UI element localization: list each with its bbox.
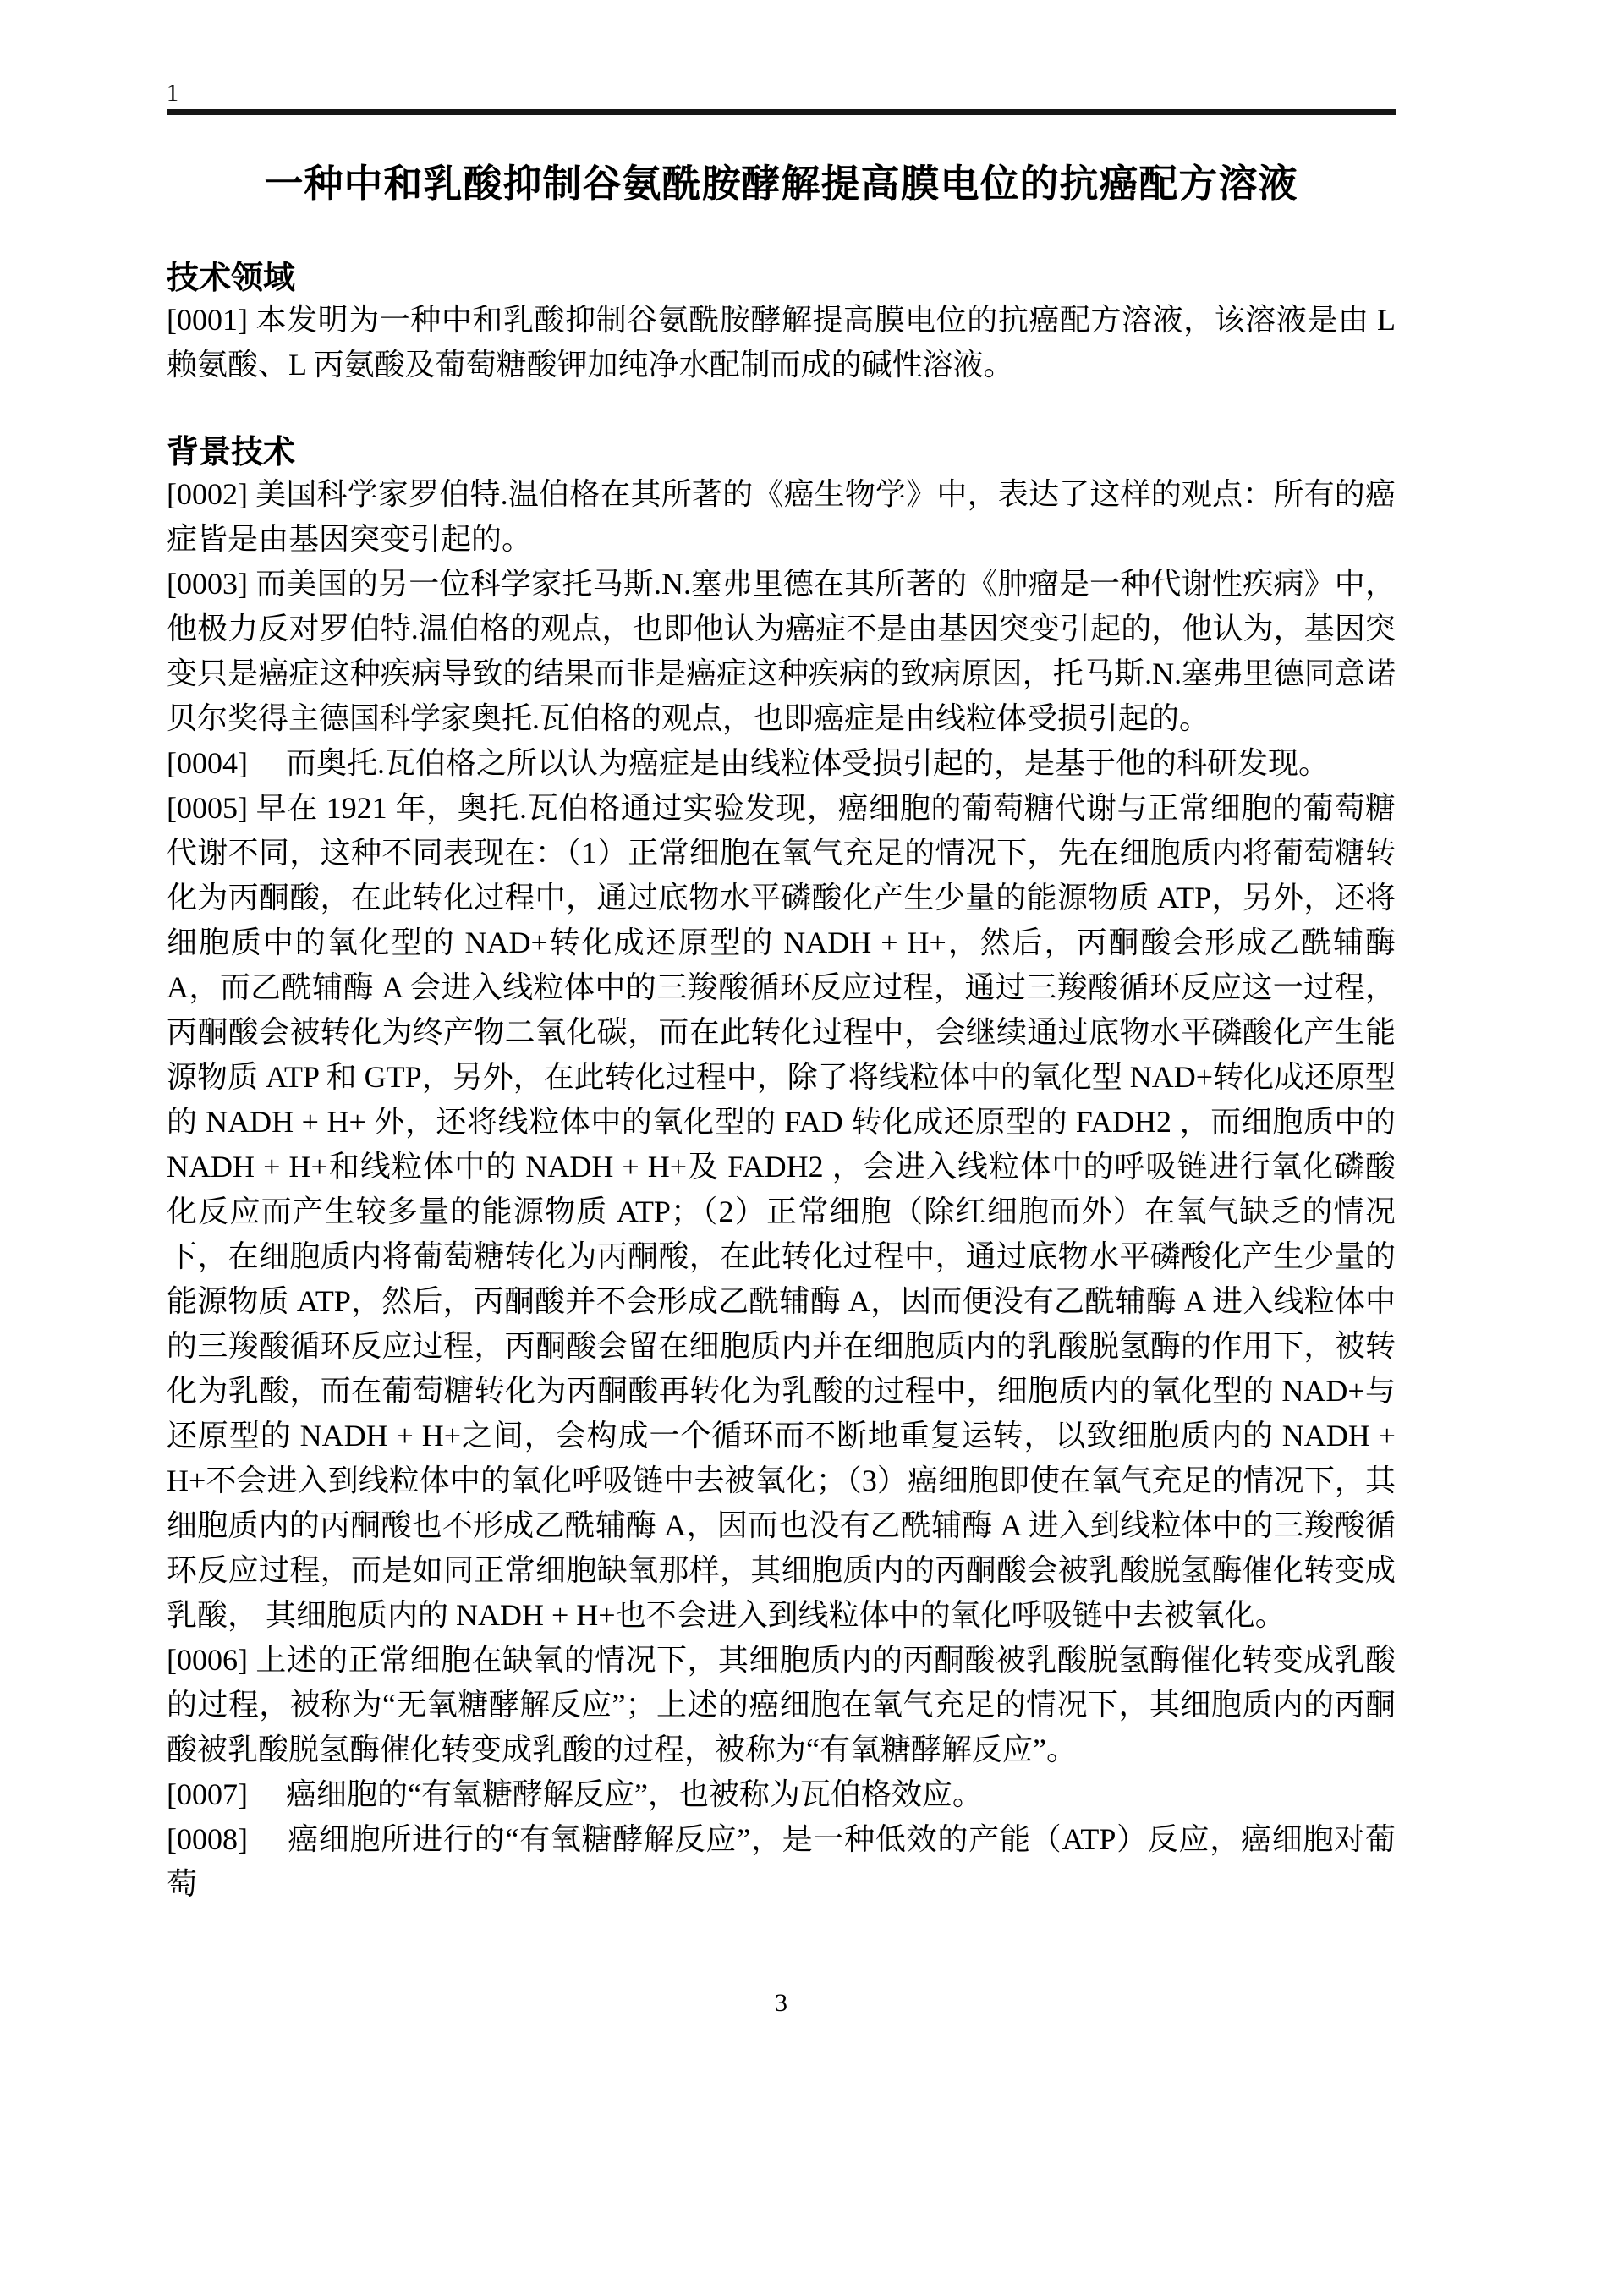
paragraph-0003: [0003] 而美国的另一位科学家托马斯.N.塞弗里德在其所著的《肿瘤是一种代谢… — [167, 562, 1396, 741]
page-content-column: 1 一种中和乳酸抑制谷氨酰胺酵解提高膜电位的抗癌配方溶液 技术领域 [0001]… — [167, 0, 1396, 1907]
paragraph-0006: [0006] 上述的正常细胞在缺氧的情况下，其细胞质内的丙酮酸被乳酸脱氢酶催化转… — [167, 1638, 1396, 1772]
sheet-number-top: 1 — [167, 0, 1396, 108]
patent-document-page: 1 一种中和乳酸抑制谷氨酰胺酵解提高膜电位的抗癌配方溶液 技术领域 [0001]… — [0, 0, 1624, 2296]
header-rule — [167, 109, 1396, 115]
paragraph-0002: [0002] 美国科学家罗伯特.温伯格在其所著的《癌生物学》中，表达了这样的观点… — [167, 472, 1396, 562]
paragraph-0004: [0004] 而奥托.瓦伯格之所以认为癌症是由线粒体受损引起的，是基于他的科研发… — [167, 741, 1396, 786]
section-heading-technical-field: 技术领域 — [167, 259, 1396, 298]
paragraph-0005: [0005] 早在 1921 年，奥托.瓦伯格通过实验发现，癌细胞的葡萄糖代谢与… — [167, 786, 1396, 1638]
page-number-footer: 3 — [167, 1988, 1396, 2019]
paragraph-0007: [0007] 癌细胞的“有氧糖酵解反应”，也被称为瓦伯格效应。 — [167, 1772, 1396, 1817]
document-title: 一种中和乳酸抑制谷氨酰胺酵解提高膜电位的抗癌配方溶液 — [167, 159, 1396, 208]
paragraph-0001: [0001] 本发明为一种中和乳酸抑制谷氨酰胺酵解提高膜电位的抗癌配方溶液，该溶… — [167, 298, 1396, 387]
paragraph-0008: [0008] 癌细胞所进行的“有氧糖酵解反应”，是一种低效的产能（ATP）反应，… — [167, 1817, 1396, 1907]
section-heading-background-art: 背景技术 — [167, 433, 1396, 472]
